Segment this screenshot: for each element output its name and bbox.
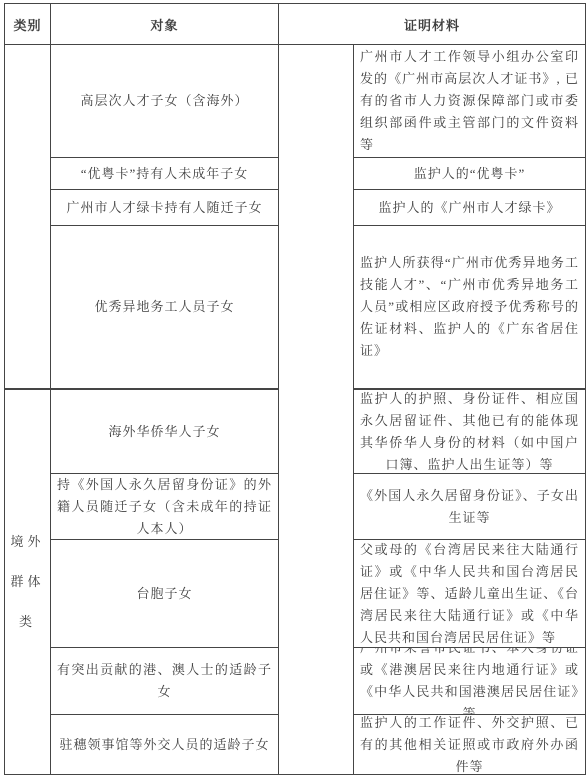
object-cell-row5: 海外华侨华人子女 — [50, 388, 278, 473]
object-text-row4: 优秀异地务工人员子女 — [57, 296, 272, 318]
object-text-row9: 驻穗领事馆等外交人员的适龄子女 — [57, 734, 272, 756]
eligibility-table: 类别 对象 证明材料 境外 群体 类 高层次人才子女（含海外） “优粤卡”持有人… — [4, 3, 586, 775]
table-body: 境外 群体 类 高层次人才子女（含海外） “优粤卡”持有人未成年子女 广州市人才… — [5, 44, 585, 774]
header-materials: 证明材料 — [278, 4, 585, 44]
materials-cell-row2: 监护人的“优粤卡” — [353, 157, 585, 189]
object-cell-row7: 台胞子女 — [50, 539, 278, 647]
object-text-row3: 广州市人才绿卡持有人随迁子女 — [57, 197, 272, 219]
object-text-row2: “优粤卡”持有人未成年子女 — [57, 163, 272, 185]
object-text-row8: 有突出贡献的港、澳人士的适龄子女 — [57, 659, 272, 703]
materials-text-row3: 监护人的《广州市人才绿卡》 — [360, 197, 579, 219]
materials-text-row4: 监护人所获得“广州市优秀异地务工技能人才”、“广州市优秀异地务工人员”或相应区政… — [360, 252, 579, 362]
header-object: 对象 — [50, 4, 278, 44]
materials-text-row5: 监护人的护照、身份证件、相应国永久居留证件、其他已有的能体现其华侨华人身份的材料… — [360, 388, 579, 473]
object-cell-row9: 驻穗领事馆等外交人员的适龄子女 — [50, 714, 278, 774]
object-text-row7: 台胞子女 — [57, 583, 272, 605]
object-text-row1: 高层次人才子女（含海外） — [57, 90, 272, 112]
header-object-label: 对象 — [150, 15, 178, 34]
header-category-label: 类别 — [13, 15, 41, 34]
object-cell-row6: 持《外国人永久居留身份证》的外籍人员随迁子女（含未成年的持证人本人） — [50, 473, 278, 539]
materials-text-row7: 父或母的《台湾居民来往大陆通行证》或《中华人民共和国台湾居民居住证》等、适龄儿童… — [360, 539, 579, 647]
object-text-row5: 海外华侨华人子女 — [57, 421, 272, 443]
category-label-overseas-group: 境外 群体 类 — [7, 522, 48, 642]
object-text-row6: 持《外国人永久居留身份证》的外籍人员随迁子女（含未成年的持证人本人） — [57, 474, 272, 540]
materials-cell-row6: 《外国人永久居留身份证》、子女出生证等 — [353, 473, 585, 539]
category-cell-empty — [5, 45, 50, 388]
object-cell-row2: “优粤卡”持有人未成年子女 — [50, 157, 278, 189]
materials-cell-row1: 广州市人才工作领导小组办公室印发的《广州市高层次人才证书》, 已有的省市人力资源… — [353, 45, 585, 157]
header-materials-label: 证明材料 — [404, 15, 460, 34]
header-category: 类别 — [5, 4, 50, 44]
materials-text-row9: 监护人的工作证件、外交护照、已有的其他相关证照或市政府外办函件等 — [360, 714, 579, 774]
object-cell-row1: 高层次人才子女（含海外） — [50, 45, 278, 157]
materials-cell-row9: 监护人的工作证件、外交护照、已有的其他相关证照或市政府外办函件等 — [353, 714, 585, 774]
spacer-cell — [278, 45, 353, 774]
table-header-row: 类别 对象 证明材料 — [5, 4, 585, 44]
materials-text-row1: 广州市人才工作领导小组办公室印发的《广州市高层次人才证书》, 已有的省市人力资源… — [360, 46, 579, 156]
materials-cell-row7: 父或母的《台湾居民来往大陆通行证》或《中华人民共和国台湾居民居住证》等、适龄儿童… — [353, 539, 585, 647]
materials-cell-row4: 监护人所获得“广州市优秀异地务工技能人才”、“广州市优秀异地务工人员”或相应区政… — [353, 225, 585, 388]
materials-text-row2: 监护人的“优粤卡” — [360, 163, 579, 185]
materials-cell-row8: 广州市荣誉市民证书、本人身份证或《港澳居民来往内地通行证》或《中华人民共和国港澳… — [353, 647, 585, 714]
category-cell-overseas-group: 境外 群体 类 — [5, 388, 50, 774]
object-cell-row8: 有突出贡献的港、澳人士的适龄子女 — [50, 647, 278, 714]
object-cell-row4: 优秀异地务工人员子女 — [50, 225, 278, 388]
materials-text-row8: 广州市荣誉市民证书、本人身份证或《港澳居民来往内地通行证》或《中华人民共和国港澳… — [360, 647, 579, 714]
object-cell-row3: 广州市人才绿卡持有人随迁子女 — [50, 189, 278, 225]
materials-cell-row5: 监护人的护照、身份证件、相应国永久居留证件、其他已有的能体现其华侨华人身份的材料… — [353, 388, 585, 473]
materials-text-row6: 《外国人永久居留身份证》、子女出生证等 — [360, 485, 579, 529]
materials-cell-row3: 监护人的《广州市人才绿卡》 — [353, 189, 585, 225]
